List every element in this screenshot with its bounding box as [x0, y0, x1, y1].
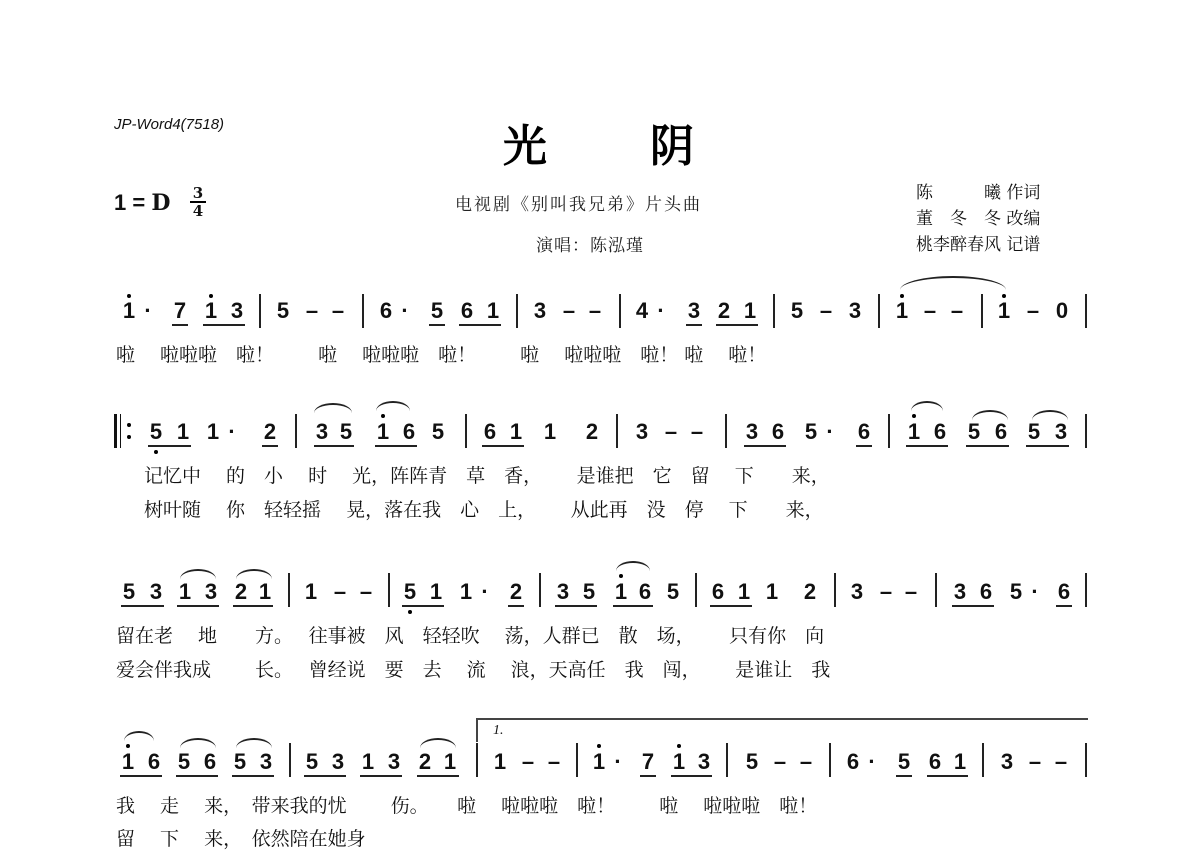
note: 7 [642, 749, 654, 775]
note: 6 [204, 749, 216, 775]
key-label: 1 = [114, 190, 151, 215]
note: 3 [534, 298, 546, 324]
note: 0 [1056, 298, 1068, 324]
note: – [332, 298, 344, 324]
note: 1 [615, 579, 627, 605]
note: 2 [264, 419, 276, 445]
octave-dot [381, 414, 385, 418]
underline [375, 445, 417, 447]
note: 1 [177, 419, 189, 445]
barline [888, 414, 890, 448]
underline [710, 605, 752, 607]
note: 1 [494, 749, 506, 775]
octave-dot [677, 744, 681, 748]
barline [476, 743, 478, 777]
note: 1 [444, 749, 456, 775]
note: 6 [980, 579, 992, 605]
note: 5 [791, 298, 803, 324]
slur [911, 401, 943, 411]
note: – [924, 298, 936, 324]
note: · [868, 749, 875, 775]
underline [896, 775, 912, 777]
note: 2 [419, 749, 431, 775]
lyrics-line-4-verse-1: 我 走 来， 带来我的忧 伤。 啦 啦啦啦 啦！ 啦 啦啦啦 啦！ [116, 791, 817, 818]
barline [726, 743, 728, 777]
note: 7 [174, 298, 186, 324]
note: 3 [636, 419, 648, 445]
note: · [826, 419, 833, 445]
note: – [820, 298, 832, 324]
note: 5 [234, 749, 246, 775]
note: 1 [593, 749, 605, 775]
slur [616, 561, 650, 571]
note: 1 [305, 579, 317, 605]
credit-arranger: 董 冬 冬 改编 [916, 204, 1040, 229]
octave-dot [209, 294, 213, 298]
barline [619, 294, 621, 328]
note: 1 [362, 749, 374, 775]
barline [616, 414, 618, 448]
barline [834, 573, 836, 607]
note: 1 [122, 749, 134, 775]
barline [695, 573, 697, 607]
note: 5 [123, 579, 135, 605]
credit-lyricist: 陈 曦 作词 [916, 178, 1040, 203]
note: 3 [698, 749, 710, 775]
note: · [481, 579, 488, 605]
barline [1085, 743, 1087, 777]
note: · [1031, 579, 1038, 605]
lyrics-line-3-verse-2: 爱会伴我成 长。 曾经说 要 去 流 浪，天高任 我 闯， 是谁让 我 [116, 655, 830, 682]
note: · [144, 298, 151, 324]
note: 5 [432, 419, 444, 445]
slur [180, 738, 216, 748]
note: 6 [461, 298, 473, 324]
underline [686, 324, 702, 326]
underline [120, 775, 162, 777]
octave-dot [619, 574, 623, 578]
note: – [800, 749, 812, 775]
note: 3 [954, 579, 966, 605]
note: 1 [179, 579, 191, 605]
note: 2 [586, 419, 598, 445]
note: 6 [403, 419, 415, 445]
note: 1 [460, 579, 472, 605]
barline [1085, 414, 1087, 448]
repeat-dot [127, 423, 131, 427]
slur [420, 738, 456, 748]
software-watermark: JP-Word4(7518) [114, 116, 224, 133]
note: 3 [1001, 749, 1013, 775]
note: 5 [1010, 579, 1022, 605]
octave-dot [900, 294, 904, 298]
note: 1 [908, 419, 920, 445]
note: 3 [688, 298, 700, 324]
barline [1085, 573, 1087, 607]
note: · [614, 749, 621, 775]
slur [314, 403, 352, 413]
note: 5 [404, 579, 416, 605]
note: 6 [929, 749, 941, 775]
barline [981, 294, 983, 328]
note: – [334, 579, 346, 605]
note: 1 [544, 419, 556, 445]
lyrics-line-1: 啦 啦啦啦 啦！ 啦 啦啦啦 啦！ 啦 啦啦啦 啦！ 啦 啦！ [116, 340, 766, 367]
underline [429, 324, 445, 326]
note: – [905, 579, 917, 605]
note: – [951, 298, 963, 324]
note: 5 [667, 579, 679, 605]
note: 5 [968, 419, 980, 445]
credit-transcriber: 桃李醉春风 记谱 [916, 230, 1040, 255]
note: – [774, 749, 786, 775]
barline [878, 294, 880, 328]
barline [829, 743, 831, 777]
note: – [563, 298, 575, 324]
key-signature: 1 = D [114, 190, 170, 216]
low-octave-dot [154, 450, 158, 454]
underline [966, 445, 1009, 447]
time-denominator: 4 [193, 202, 203, 220]
note: 1 [673, 749, 685, 775]
barline [362, 294, 364, 328]
note: · [401, 298, 408, 324]
note: 2 [235, 579, 247, 605]
underline [233, 605, 273, 607]
underline [906, 445, 948, 447]
low-octave-dot [408, 610, 412, 614]
barline [576, 743, 578, 777]
note: – [360, 579, 372, 605]
slur [180, 569, 216, 579]
title-char-1: 光 [503, 110, 547, 174]
note: 5 [306, 749, 318, 775]
note: 1 [207, 419, 219, 445]
note: 6 [712, 579, 724, 605]
barline [288, 573, 290, 607]
underline [613, 605, 653, 607]
note: 6 [934, 419, 946, 445]
note: 1 [738, 579, 750, 605]
note: 1 [487, 298, 499, 324]
note: 6 [484, 419, 496, 445]
note: 2 [718, 298, 730, 324]
lyrics-line-2-verse-1: 记忆中 的 小 时 光，阵阵青 草 香， 是谁把 它 留 下 来， [144, 461, 830, 488]
note: 2 [510, 579, 522, 605]
barline [935, 573, 937, 607]
note: 3 [316, 419, 328, 445]
underline [671, 775, 712, 777]
note: 6 [858, 419, 870, 445]
barline [465, 414, 467, 448]
title-char-2: 阴 [650, 110, 694, 174]
note: 6 [1058, 579, 1070, 605]
barline [1085, 294, 1087, 328]
note: 5 [150, 419, 162, 445]
underline [121, 605, 164, 607]
note: 3 [388, 749, 400, 775]
underline [508, 605, 524, 607]
barline [725, 414, 727, 448]
note: 1 [896, 298, 908, 324]
underline [1056, 605, 1072, 607]
underline [482, 445, 524, 447]
singer: 演唱：陈泓瑾 [536, 231, 644, 256]
slur [376, 401, 410, 411]
note: 1 [766, 579, 778, 605]
underline [304, 775, 346, 777]
octave-dot [127, 294, 131, 298]
octave-dot [912, 414, 916, 418]
note: 6 [772, 419, 784, 445]
note: 3 [557, 579, 569, 605]
lyrics-line-4-verse-2: 留 下 来， 依然陪在她身 [116, 824, 366, 850]
tie [900, 276, 1006, 290]
note: · [228, 419, 235, 445]
note: 1 [998, 298, 1010, 324]
note: – [306, 298, 318, 324]
note: 3 [849, 298, 861, 324]
barline [289, 743, 291, 777]
barline [539, 573, 541, 607]
note: – [880, 579, 892, 605]
note: – [1055, 749, 1067, 775]
first-ending-label: 1. [493, 723, 504, 739]
note: 1 [430, 579, 442, 605]
note: 6 [639, 579, 651, 605]
underline [417, 775, 459, 777]
note: 1 [205, 298, 217, 324]
underline [148, 445, 191, 447]
note: 5 [746, 749, 758, 775]
underline [262, 445, 278, 447]
repeat-start-thin [120, 414, 121, 448]
note: 5 [1028, 419, 1040, 445]
note: 1 [510, 419, 522, 445]
barline [259, 294, 261, 328]
note: 5 [431, 298, 443, 324]
first-ending-bracket [476, 718, 1088, 742]
underline [952, 605, 994, 607]
note: 2 [804, 579, 816, 605]
note: 5 [277, 298, 289, 324]
note: 3 [205, 579, 217, 605]
note: 1 [377, 419, 389, 445]
underline [314, 445, 354, 447]
note: – [589, 298, 601, 324]
note: – [1029, 749, 1041, 775]
note: 1 [123, 298, 135, 324]
note: 6 [995, 419, 1007, 445]
underline [402, 605, 444, 607]
underline [203, 324, 245, 326]
slur [124, 731, 154, 741]
note: 6 [380, 298, 392, 324]
barline [516, 294, 518, 328]
note: 3 [150, 579, 162, 605]
time-signature: 3 4 [190, 186, 206, 218]
underline [172, 324, 188, 326]
note: 1 [259, 579, 271, 605]
repeat-dot [127, 435, 131, 439]
note: – [691, 419, 703, 445]
note: 3 [332, 749, 344, 775]
underline [744, 445, 786, 447]
underline [459, 324, 501, 326]
subtitle: 电视剧《别叫我兄弟》片头曲 [455, 190, 702, 215]
note: 1 [744, 298, 756, 324]
note: 5 [178, 749, 190, 775]
underline [555, 605, 597, 607]
underline [716, 324, 758, 326]
octave-dot [1002, 294, 1006, 298]
note: 5 [805, 419, 817, 445]
slur [236, 738, 272, 748]
key-letter: D [151, 190, 170, 216]
note: 3 [851, 579, 863, 605]
note: 6 [148, 749, 160, 775]
note: 3 [746, 419, 758, 445]
note: · [657, 298, 664, 324]
octave-dot [597, 744, 601, 748]
slur [236, 569, 272, 579]
note: 3 [231, 298, 243, 324]
note: 5 [340, 419, 352, 445]
note: 5 [583, 579, 595, 605]
underline [177, 605, 219, 607]
note: 3 [260, 749, 272, 775]
underline [856, 445, 872, 447]
note: 4 [636, 298, 648, 324]
note: – [522, 749, 534, 775]
barline [773, 294, 775, 328]
time-numerator: 3 [193, 184, 203, 202]
barline [295, 414, 297, 448]
underline [640, 775, 656, 777]
note: 1 [954, 749, 966, 775]
underline [1026, 445, 1069, 447]
underline [176, 775, 218, 777]
lyrics-line-3-verse-1: 留在老 地 方。 往事被 风 轻轻吹 荡，人群已 散 场， 只有你 向 [116, 621, 824, 648]
note: 5 [898, 749, 910, 775]
barline [388, 573, 390, 607]
underline [360, 775, 402, 777]
barline [982, 743, 984, 777]
note: – [1027, 298, 1039, 324]
note: – [548, 749, 560, 775]
octave-dot [126, 744, 130, 748]
note: 3 [1055, 419, 1067, 445]
note: 6 [847, 749, 859, 775]
repeat-start-thick [114, 414, 117, 448]
underline [232, 775, 274, 777]
note: – [665, 419, 677, 445]
lyrics-line-2-verse-2: 树叶随 你 轻轻摇 晃，落在我 心 上， 从此再 没 停 下 来， [144, 495, 824, 522]
underline [927, 775, 968, 777]
